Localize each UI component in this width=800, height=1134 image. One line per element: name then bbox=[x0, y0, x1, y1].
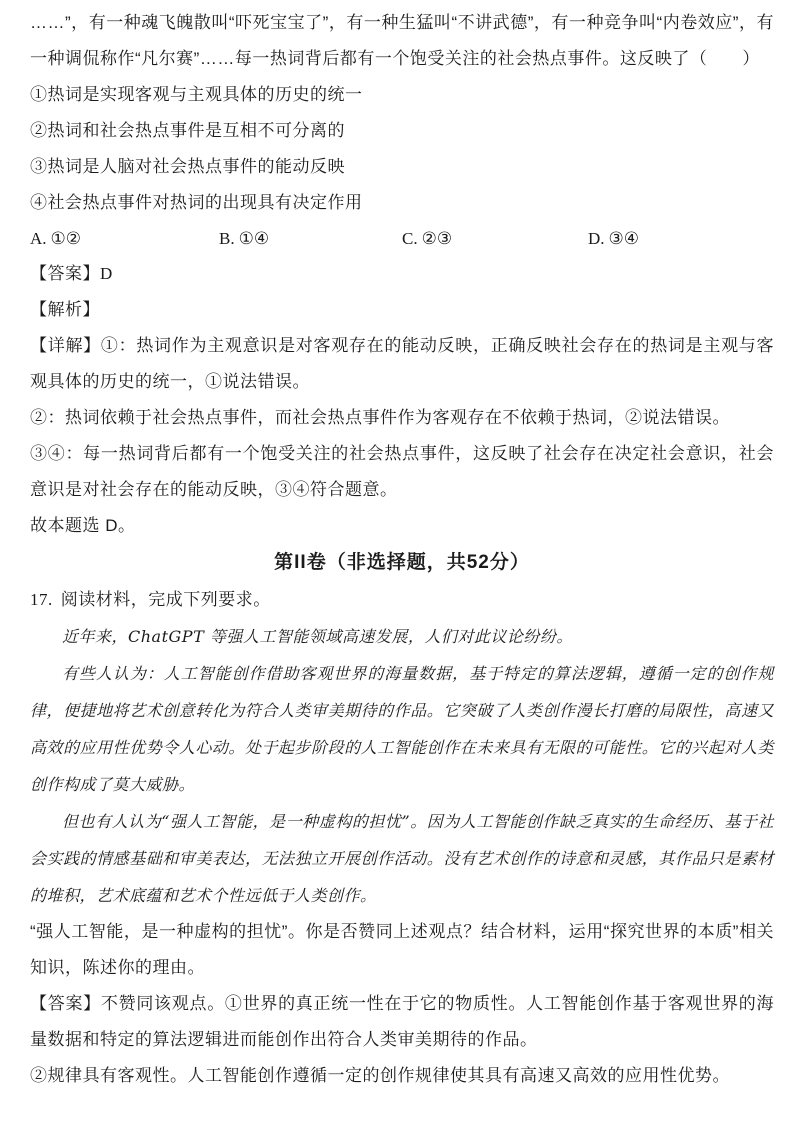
statement-2: ②热词和社会热点事件是互相不可分离的 bbox=[30, 113, 774, 149]
material-paragraph-2: 有些人认为：人工智能创作借助客观世界的海量数据，基于特定的算法逻辑，遵循一定的创… bbox=[30, 655, 774, 803]
statement-1: ①热词是实现客观与主观具体的历史的统一 bbox=[30, 77, 774, 113]
choice-c-value: ②③ bbox=[422, 229, 452, 248]
choice-b: B.①④ bbox=[219, 221, 402, 256]
choice-d-label: D. bbox=[588, 229, 605, 248]
choice-b-value: ①④ bbox=[239, 229, 269, 248]
explanation-paragraph-3: ③④：每一热词背后都有一个饱受关注的社会热点事件，这反映了社会存在决定社会意识，… bbox=[30, 436, 774, 508]
question17-prompt: 阅读材料，完成下列要求。 bbox=[61, 590, 271, 609]
statement-4: ④社会热点事件对热词的出现具有决定作用 bbox=[30, 185, 774, 221]
material-paragraph-3: 但也有人认为“强人工智能，是一种虚构的担忧”。因为人工智能创作缺乏真实的生命经历… bbox=[30, 803, 774, 914]
answer-value: D bbox=[100, 264, 113, 283]
statement-3: ③热词是人脑对社会热点事件的能动反映 bbox=[30, 149, 774, 185]
answer-label: 【答案】 bbox=[30, 264, 100, 283]
analysis-label: 【解析】 bbox=[30, 300, 100, 319]
question17-answer-paragraph-2: ②规律具有客观性。人工智能创作遵循一定的创作规律使其具有高速又高效的应用性优势。 bbox=[30, 1058, 774, 1094]
explanation-paragraph-2: ②：热词依赖于社会热点事件，而社会热点事件作为客观存在不依赖于热词，②说法错误。 bbox=[30, 400, 774, 436]
document-page: ……”，有一种魂飞魄散叫“吓死宝宝了”，有一种生猛叫“不讲武德”，有一种竞争叫“… bbox=[0, 0, 800, 1134]
choice-a-label: A. bbox=[30, 229, 47, 248]
choice-c-label: C. bbox=[402, 229, 418, 248]
question-stem: ……”，有一种魂飞魄散叫“吓死宝宝了”，有一种生猛叫“不讲武德”，有一种竞争叫“… bbox=[30, 5, 774, 77]
explanation-conclusion: 故本题选 D。 bbox=[30, 508, 774, 544]
choice-d: D.③④ bbox=[588, 221, 774, 256]
analysis-label-line: 【解析】 bbox=[30, 292, 774, 328]
material-paragraph-1: 近年来，ChatGPT 等强人工智能领域高速发展，人们对此议论纷纷。 bbox=[30, 618, 774, 655]
explanation-text-1: ①：热词作为主观意识是对客观存在的能动反映，正确反映社会存在的热词是主观与客观具… bbox=[30, 336, 774, 391]
answer-line: 【答案】D bbox=[30, 256, 774, 292]
choice-a: A.①② bbox=[30, 221, 219, 256]
explanation-label: 【详解】 bbox=[30, 336, 101, 355]
question17-number: 17. bbox=[30, 590, 53, 609]
explanation-paragraph-1: 【详解】①：热词作为主观意识是对客观存在的能动反映，正确反映社会存在的热词是主观… bbox=[30, 328, 774, 400]
choice-b-label: B. bbox=[219, 229, 235, 248]
question17-task: “强人工智能，是一种虚构的担忧”。你是否赞同上述观点？结合材料，运用“探究世界的… bbox=[30, 914, 774, 986]
question17-answer-label: 【答案】 bbox=[30, 994, 101, 1013]
choices-row: A.①② B.①④ C.②③ D.③④ bbox=[30, 221, 774, 256]
choice-a-value: ①② bbox=[51, 229, 81, 248]
question17-heading: 17.阅读材料，完成下列要求。 bbox=[30, 582, 774, 618]
choice-c: C.②③ bbox=[402, 221, 588, 256]
choice-d-value: ③④ bbox=[609, 229, 639, 248]
question17-answer-text-1: 不赞同该观点。①世界的真正统一性在于它的物质性。人工智能创作基于客观世界的海量数… bbox=[30, 994, 774, 1049]
question17-answer-paragraph-1: 【答案】不赞同该观点。①世界的真正统一性在于它的物质性。人工智能创作基于客观世界… bbox=[30, 986, 774, 1058]
section-title: 第II卷（非选择题，共52分） bbox=[30, 544, 774, 582]
